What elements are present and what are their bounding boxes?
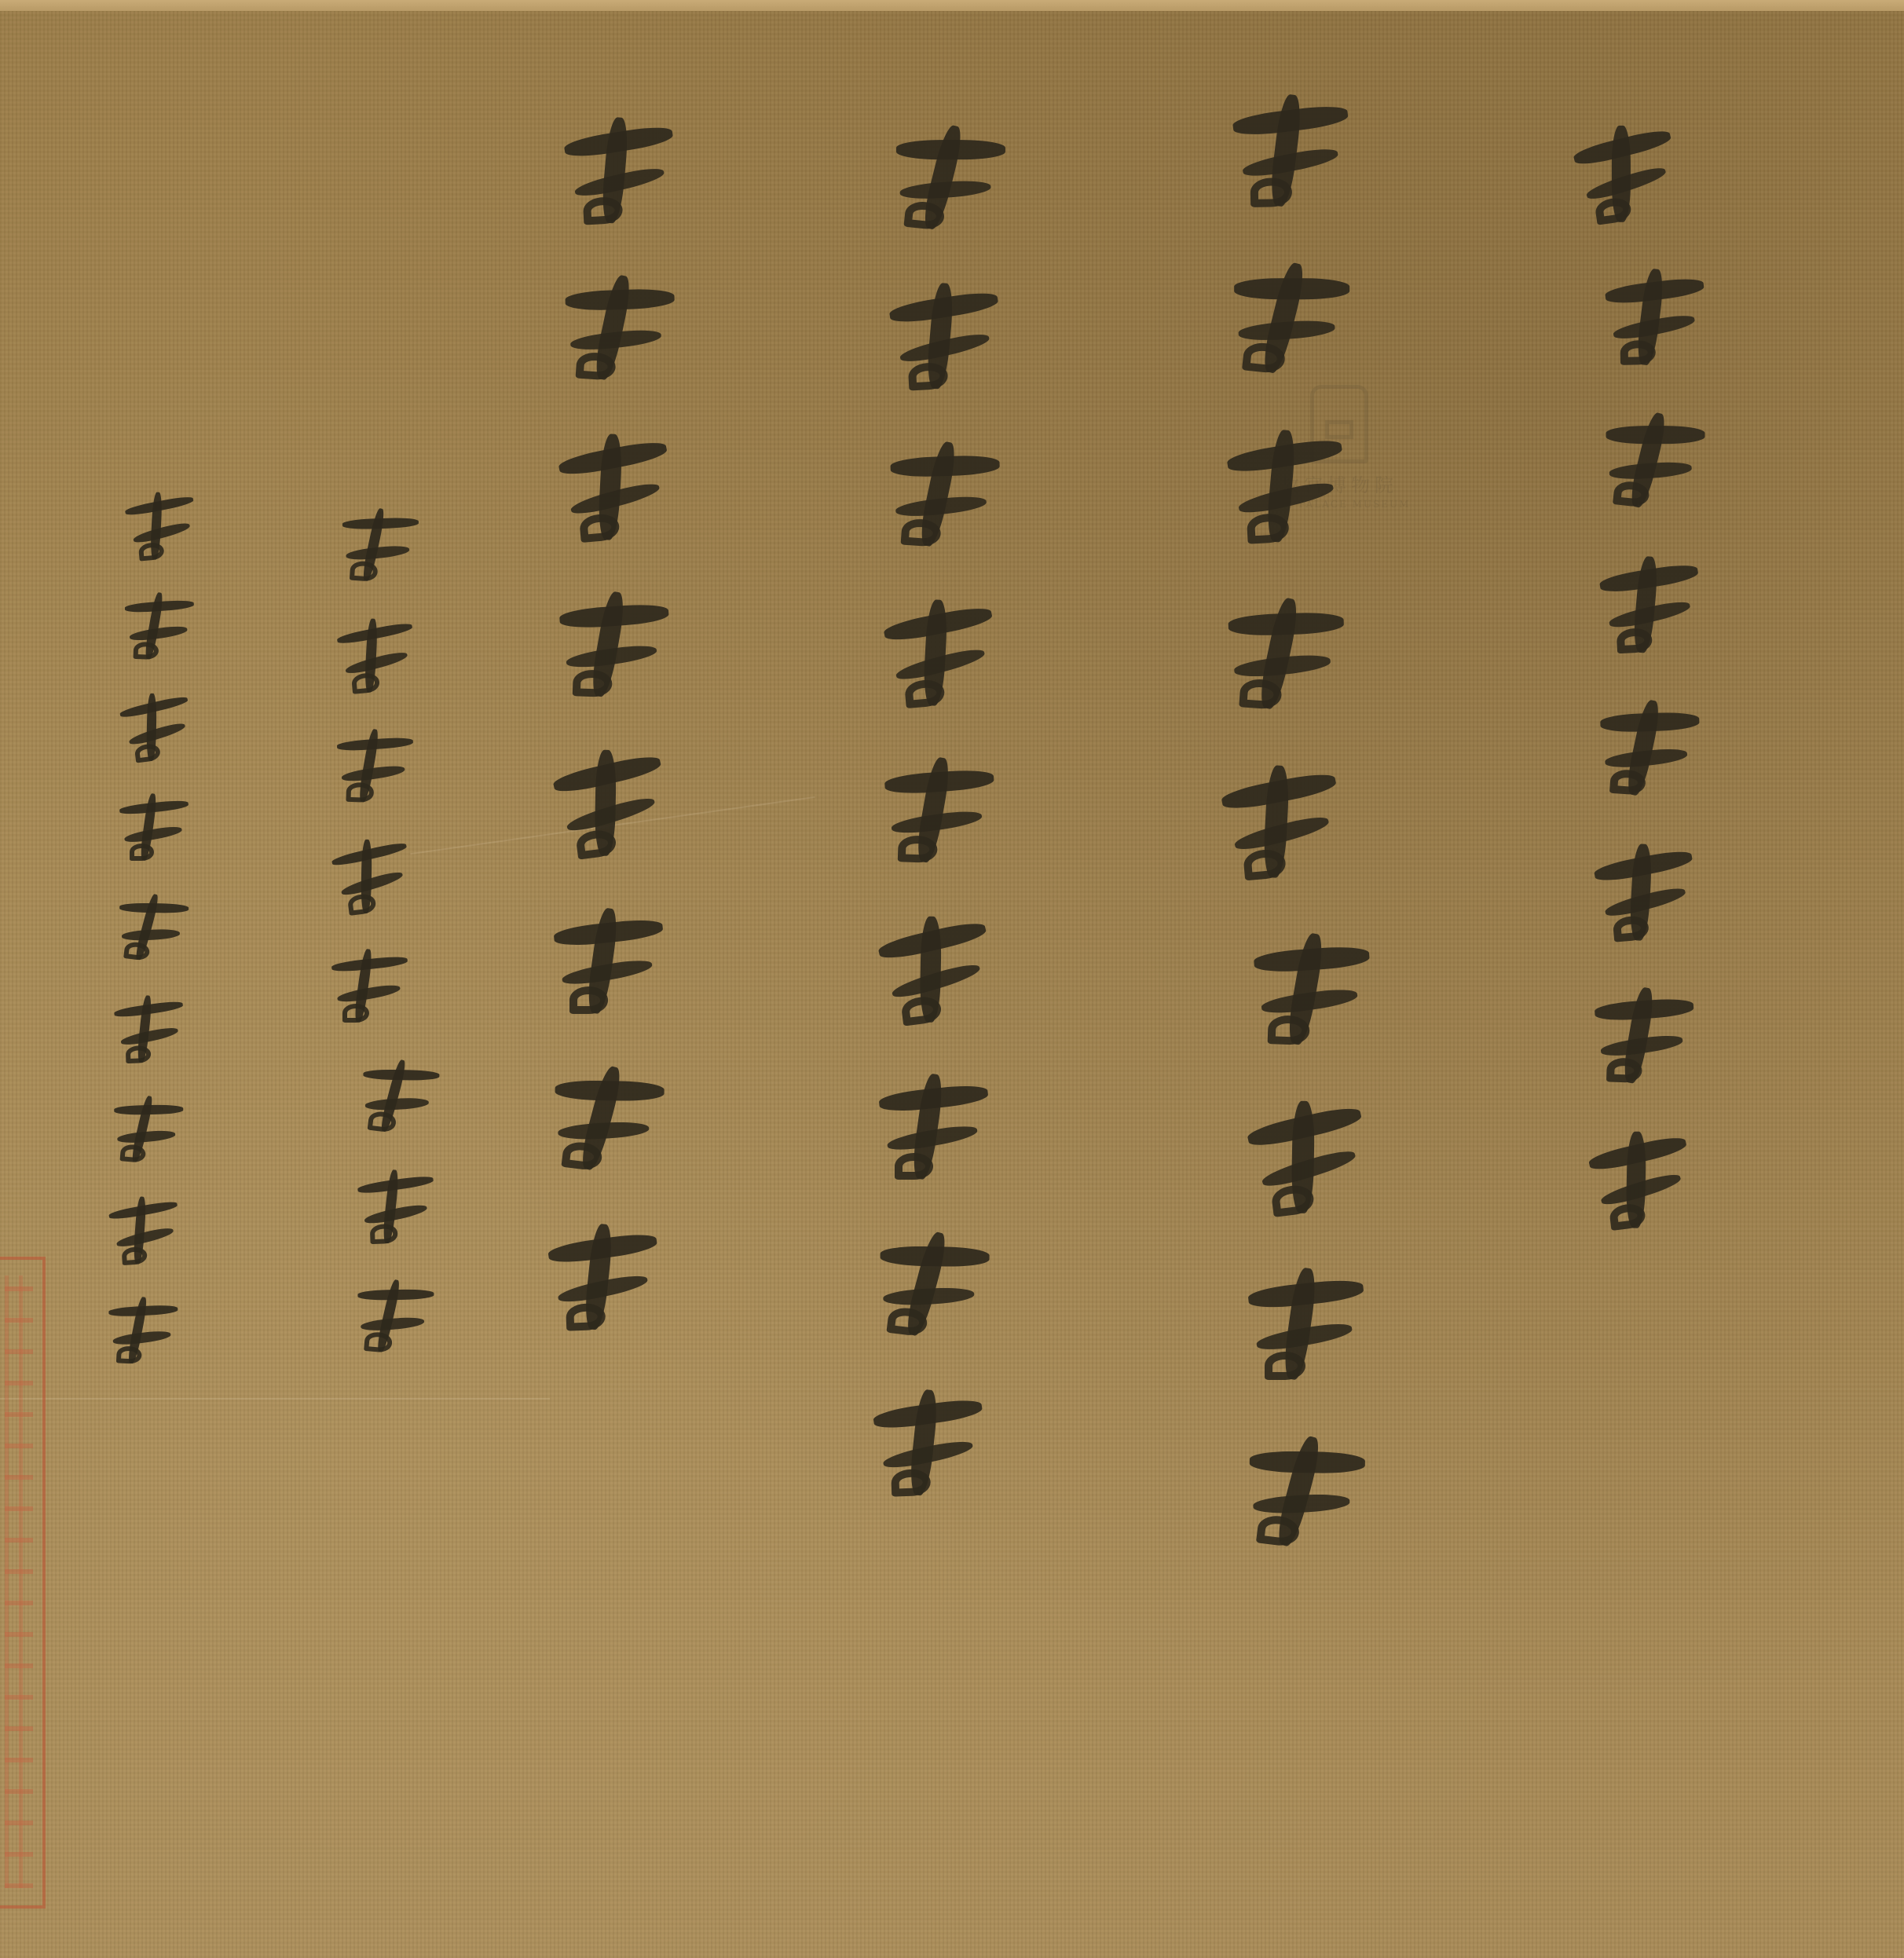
ink-character	[862, 1381, 995, 1508]
brush-stroke	[339, 869, 403, 898]
ink-character	[552, 107, 688, 236]
brush-stroke	[342, 1004, 370, 1023]
brush-stroke	[1594, 196, 1632, 225]
brush-stroke	[1600, 1033, 1684, 1059]
brush-stroke	[1241, 341, 1285, 374]
brush-stroke	[119, 1144, 145, 1163]
ink-character	[1227, 1420, 1379, 1566]
brush-stroke	[1613, 480, 1650, 508]
brush-stroke	[1599, 1170, 1682, 1208]
ink-character	[536, 1214, 670, 1341]
ink-character	[321, 828, 421, 924]
ink-character	[877, 112, 1018, 247]
ink-character	[1237, 1261, 1375, 1391]
ink-character	[1560, 110, 1692, 237]
brush-stroke	[578, 512, 619, 543]
brush-stroke	[341, 763, 405, 783]
brush-stroke	[1232, 813, 1330, 855]
ink-character	[864, 901, 1008, 1039]
ink-character	[350, 1162, 443, 1251]
red-collector-seal	[0, 1257, 46, 1909]
brush-stroke	[112, 1329, 170, 1346]
brush-stroke	[364, 1096, 428, 1111]
brush-stroke	[345, 544, 409, 562]
ink-character	[1588, 400, 1717, 523]
brush-stroke	[900, 994, 942, 1026]
brush-stroke	[565, 793, 656, 835]
brush-stroke	[1265, 1352, 1306, 1381]
brush-stroke	[133, 642, 158, 660]
ink-character	[324, 943, 415, 1029]
brush-stroke	[349, 561, 377, 581]
brush-stroke	[569, 986, 609, 1013]
brush-stroke	[573, 164, 665, 200]
brush-stroke	[132, 521, 190, 546]
brush-stroke	[886, 1122, 978, 1154]
ink-character	[1213, 247, 1363, 392]
brush-stroke	[346, 893, 375, 915]
brush-stroke	[895, 493, 987, 518]
ink-character	[539, 735, 683, 873]
brush-stroke	[137, 542, 163, 562]
brush-stroke	[903, 199, 945, 230]
ink-character	[544, 901, 673, 1024]
brush-stroke	[1259, 1147, 1356, 1191]
brush-stroke	[575, 351, 616, 381]
brush-stroke	[895, 1153, 934, 1180]
brush-stroke	[115, 1345, 141, 1364]
ink-character	[1582, 832, 1709, 953]
brush-stroke	[115, 1225, 173, 1249]
brush-stroke	[1612, 312, 1696, 342]
ink-character	[1576, 1117, 1706, 1243]
brush-stroke	[1239, 678, 1282, 709]
ink-character	[328, 609, 425, 702]
ink-character	[1588, 546, 1712, 664]
brush-stroke	[561, 1140, 602, 1171]
brush-stroke	[1584, 163, 1668, 203]
ink-character	[873, 430, 1012, 562]
brush-stroke	[883, 1286, 974, 1306]
ink-character	[101, 1188, 189, 1272]
ink-character	[1207, 752, 1356, 894]
ink-character	[859, 1217, 1003, 1356]
ink-character	[106, 884, 197, 972]
brush-stroke	[890, 808, 982, 836]
brush-stroke	[360, 1316, 423, 1332]
brush-stroke	[134, 743, 160, 763]
brush-stroke	[1620, 340, 1657, 365]
ink-character	[111, 683, 202, 771]
brush-stroke	[369, 1224, 397, 1243]
brush-stroke	[558, 1120, 649, 1140]
ink-character	[1232, 1085, 1384, 1231]
brush-stroke	[1604, 747, 1687, 770]
brush-stroke	[1606, 1057, 1642, 1083]
ink-character	[1214, 419, 1357, 556]
brush-stroke	[367, 1111, 396, 1133]
brush-stroke	[1243, 848, 1286, 880]
ink-character	[1210, 585, 1357, 725]
brush-stroke	[363, 1202, 427, 1226]
brush-stroke	[123, 941, 150, 961]
brush-stroke	[119, 1025, 178, 1047]
ink-character	[331, 500, 427, 591]
ink-character	[116, 586, 201, 667]
brush-stroke	[569, 328, 661, 353]
brush-stroke	[1617, 628, 1653, 654]
brush-stroke	[1267, 1015, 1309, 1045]
brush-stroke	[1232, 652, 1330, 679]
brush-stroke	[561, 957, 653, 988]
brush-stroke	[116, 1129, 174, 1144]
ink-character	[107, 989, 192, 1070]
brush-stroke	[1613, 915, 1650, 942]
brush-stroke	[890, 960, 981, 1001]
brush-stroke	[1608, 598, 1691, 631]
brush-stroke	[1237, 318, 1335, 342]
ink-character	[1583, 978, 1704, 1094]
brush-stroke	[886, 1306, 928, 1338]
brush-stroke	[881, 1437, 973, 1472]
brush-stroke	[898, 330, 990, 366]
brush-stroke	[130, 844, 155, 861]
brush-stroke	[891, 1469, 931, 1497]
brush-stroke	[346, 782, 373, 802]
brush-stroke	[1260, 986, 1357, 1016]
brush-stroke	[351, 673, 379, 694]
brush-stroke	[1250, 178, 1291, 207]
ink-character	[1595, 261, 1715, 375]
brush-stroke	[900, 518, 941, 547]
ink-character	[1239, 922, 1382, 1057]
brush-stroke	[907, 362, 947, 391]
brush-stroke	[336, 983, 401, 1005]
ink-character	[1585, 689, 1711, 809]
ink-character	[348, 1049, 448, 1144]
ink-character	[345, 1270, 442, 1363]
silk-crease	[0, 1398, 550, 1400]
ink-character	[116, 484, 205, 569]
brush-stroke	[1236, 479, 1334, 518]
brush-stroke	[1603, 884, 1686, 920]
brush-stroke	[1252, 1493, 1349, 1515]
ink-character	[877, 273, 1013, 402]
ink-character	[546, 582, 679, 709]
brush-stroke	[556, 1272, 648, 1306]
ink-character	[534, 1051, 678, 1189]
brush-stroke	[894, 645, 986, 684]
ink-character	[871, 748, 1005, 875]
brush-stroke	[566, 1303, 606, 1331]
ink-character	[99, 1290, 185, 1372]
ink-character	[870, 587, 1010, 721]
ink-character	[548, 264, 687, 396]
brush-stroke	[1609, 460, 1692, 481]
brush-stroke	[1255, 1319, 1353, 1353]
brush-stroke	[899, 178, 991, 200]
brush-stroke	[125, 1045, 150, 1063]
brush-stroke	[575, 829, 617, 860]
brush-stroke	[121, 1246, 147, 1264]
brush-stroke	[569, 479, 661, 518]
calligraphy-scroll: 故宫博物院 THE PALACE MUSEUM	[0, 0, 1904, 1958]
ink-character	[113, 789, 196, 867]
brush-stroke	[1246, 513, 1288, 543]
brush-stroke	[344, 650, 408, 677]
brush-stroke	[582, 196, 622, 225]
brush-stroke	[124, 825, 183, 845]
ink-character	[328, 722, 421, 811]
brush-stroke	[1255, 1514, 1300, 1548]
brush-stroke	[897, 835, 937, 863]
brush-stroke	[903, 678, 944, 708]
brush-stroke	[128, 624, 187, 642]
ink-character	[1221, 85, 1360, 218]
ink-character	[102, 1087, 191, 1173]
brush-stroke	[1609, 769, 1646, 796]
seal-characters	[5, 1275, 33, 1888]
brush-stroke	[1609, 1202, 1646, 1232]
scroll-top-border	[0, 0, 1904, 11]
brush-stroke	[121, 928, 179, 942]
brush-stroke	[572, 669, 612, 697]
brush-stroke	[1270, 1184, 1315, 1217]
brush-stroke	[364, 1331, 392, 1352]
brush-stroke	[1240, 145, 1338, 181]
brush-stroke	[127, 721, 185, 748]
brush-stroke	[565, 642, 657, 670]
ink-character	[545, 421, 685, 555]
ink-character	[869, 1067, 998, 1190]
